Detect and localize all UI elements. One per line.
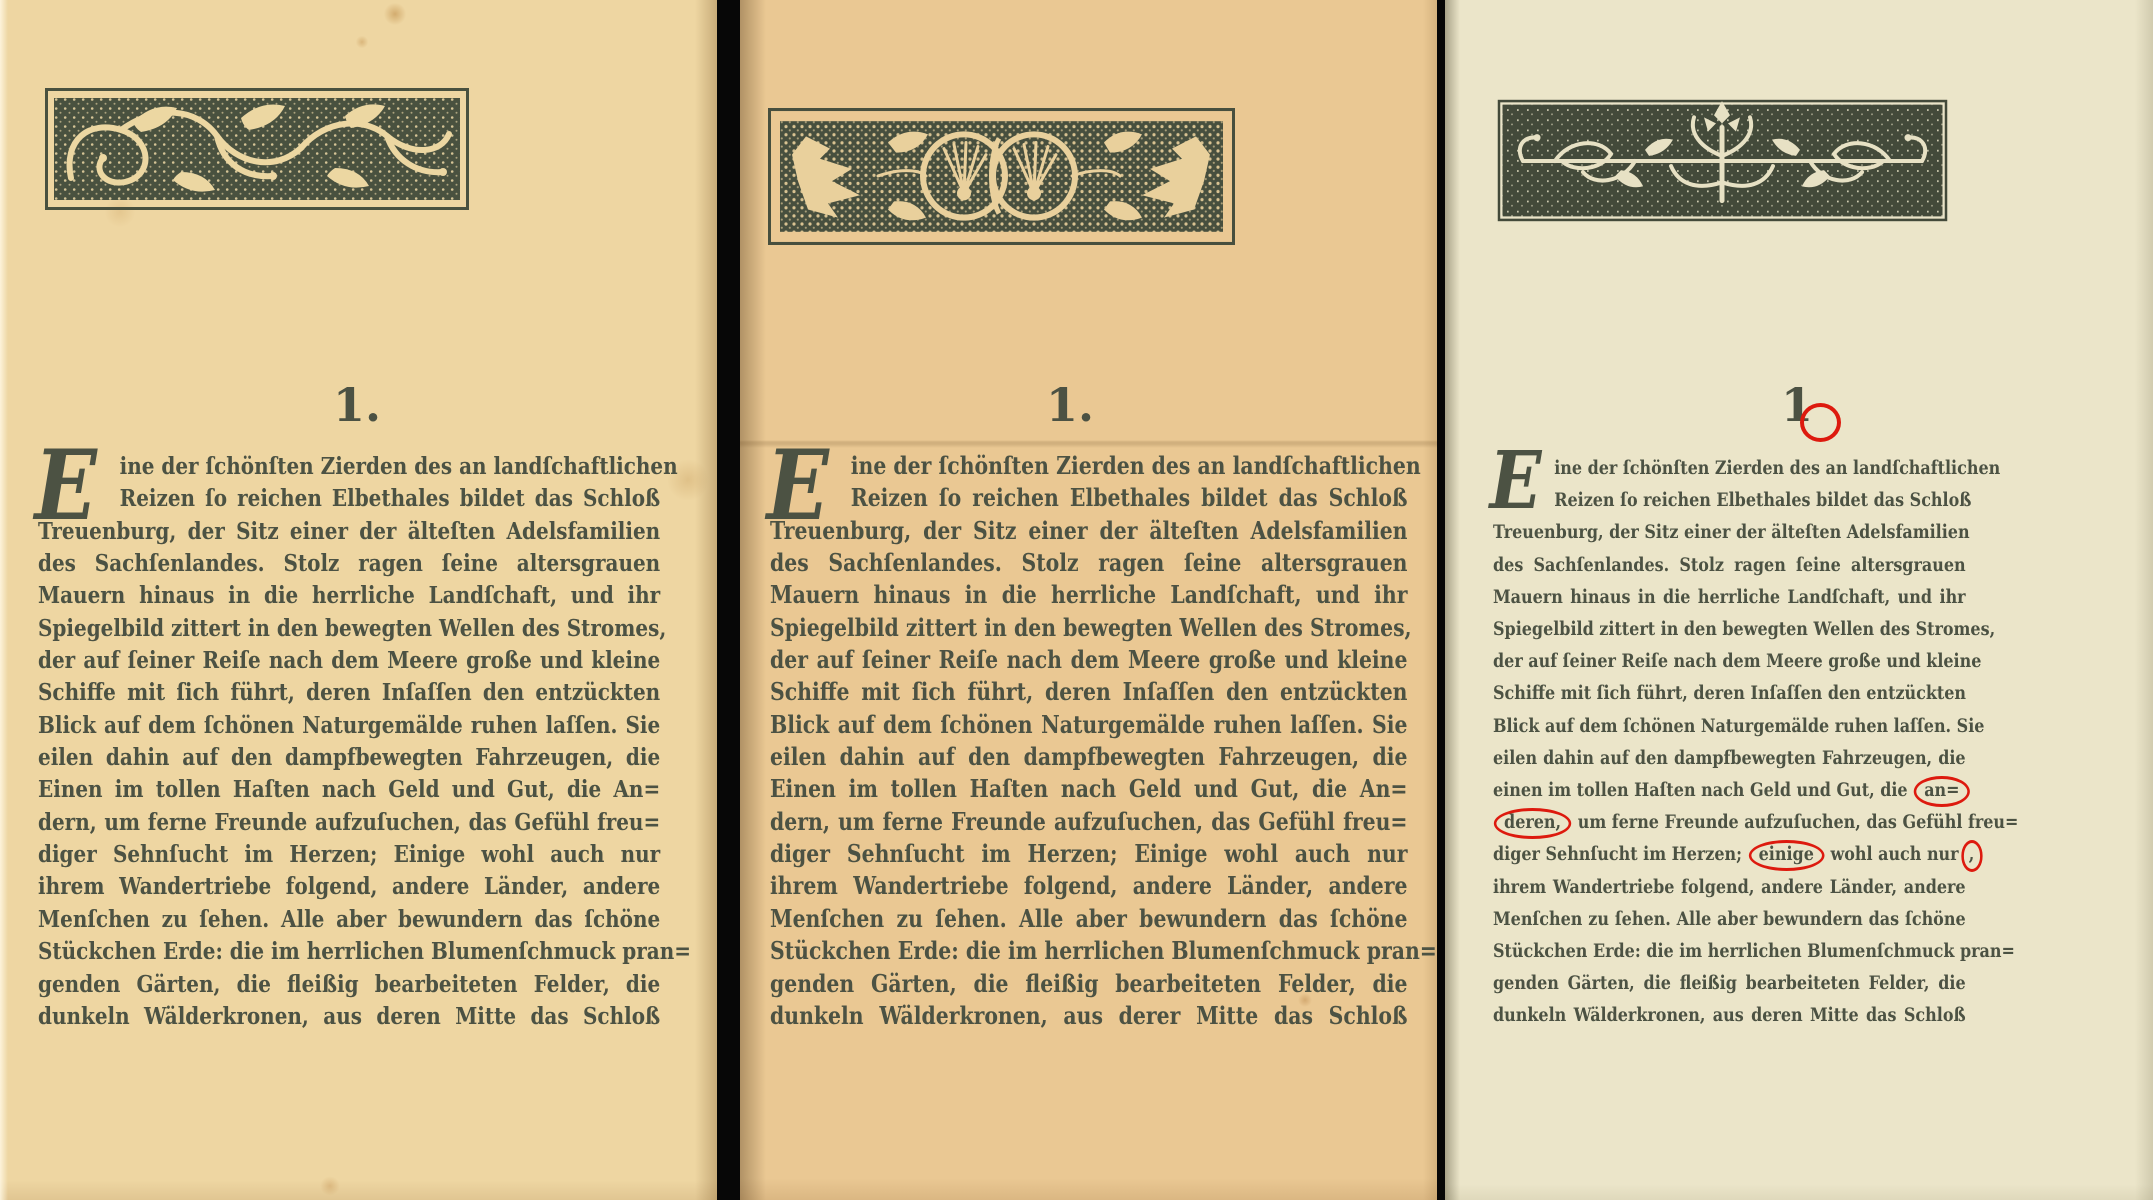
- scan-divider-bar: [1437, 0, 1445, 1200]
- text-line: Reizen ſo reichen Elbethales bildet das …: [1493, 484, 1966, 516]
- text-segment: Spiegelbild zittert in den bewegten Well…: [770, 613, 1412, 642]
- text-line: Blick auf dem ſchönen Naturgemälde ruhen…: [38, 709, 660, 741]
- text-line: ine der ſchönſten Zierden des an landſch…: [1493, 452, 1966, 484]
- page-text: E ine der ſchönſten Zierden des an landſ…: [38, 450, 660, 1032]
- text-segment: des Sachſenlandes. Stolz ragen ſeine alt…: [1493, 554, 1966, 576]
- page-text: E ine der ſchönſten Zierden des an landſ…: [770, 450, 1408, 1032]
- text-segment: dern, um ferne Freunde aufzuſuchen, das …: [38, 808, 660, 836]
- text-segment: Treuenburg, der Sitz einer der älteſten …: [770, 516, 1408, 545]
- text-segment: dunkeln Wälderkronen, aus deren Mitte da…: [38, 1002, 660, 1030]
- text-line: der auf ſeiner Reiſe nach dem Meere groß…: [1493, 645, 1966, 677]
- text-line: Mauern hinaus in die herrliche Landſchaf…: [38, 579, 660, 611]
- text-line: Treuenburg, der Sitz einer der älteſten …: [770, 515, 1408, 547]
- three-page-scan-comparison: 1. E ine der ſchönſten Zierden des an la…: [0, 0, 2153, 1200]
- text-segment: eilen dahin auf den dampfbewegten Fahrze…: [770, 742, 1408, 771]
- text-line: Stückchen Erde: die im herrlichen Blumen…: [38, 935, 660, 967]
- text-segment: ine der ſchönſten Zierden des an landſch…: [851, 451, 1421, 480]
- text-segment: diger Sehnſucht im Herzen; Einige wohl a…: [770, 839, 1408, 868]
- text-line: ine der ſchönſten Zierden des an landſch…: [38, 450, 660, 482]
- text-segment: genden Gärten, die fleißig bearbeiteten …: [1493, 972, 1966, 994]
- text-segment: Mauern hinaus in die herrliche Landſchaf…: [38, 581, 660, 609]
- red-circled-word-annotation: an=: [1914, 776, 1970, 807]
- text-segment: Spiegelbild zittert in den bewegten Well…: [38, 614, 666, 642]
- text-segment: Treuenburg, der Sitz einer der älteſten …: [38, 517, 660, 545]
- text-line: Reizen ſo reichen Elbethales bildet das …: [38, 482, 660, 514]
- text-line: genden Gärten, die fleißig bearbeiteten …: [38, 968, 660, 1000]
- text-line: Treuenburg, der Sitz einer der älteſten …: [38, 515, 660, 547]
- text-segment: Menſchen zu ſehen. Alle aber bewundern d…: [1493, 908, 1966, 930]
- text-line: des Sachſenlandes. Stolz ragen ſeine alt…: [770, 547, 1408, 579]
- text-segment: Schiffe mit ſich führt, deren Inſaſſen d…: [770, 677, 1408, 706]
- text-line: ihrem Wandertriebe folgend, andere Lände…: [770, 870, 1408, 902]
- text-line: dunkeln Wälderkronen, aus derer Mitte da…: [770, 1000, 1408, 1032]
- text-line: eilen dahin auf den dampfbewegten Fahrze…: [38, 741, 660, 773]
- text-line: Menſchen zu ſehen. Alle aber bewundern d…: [1493, 903, 1966, 935]
- text-line: Mauern hinaus in die herrliche Landſchaf…: [1493, 581, 1966, 613]
- text-line: Schiffe mit ſich führt, deren Inſaſſen d…: [770, 676, 1408, 708]
- text-segment: Blick auf dem ſchönen Naturgemälde ruhen…: [770, 710, 1408, 739]
- text-line: dern, um ferne Freunde aufzuſuchen, das …: [770, 806, 1408, 838]
- page-scan-right: 1 E ine der ſchönſten Zierden des an lan…: [1445, 0, 2153, 1200]
- chapter-number: 1.: [333, 382, 381, 428]
- text-segment: diger Sehnſucht im Herzen;: [1493, 843, 1748, 865]
- text-segment: ihrem Wandertriebe folgend, andere Lände…: [1493, 876, 1966, 898]
- text-line: ihrem Wandertriebe folgend, andere Lände…: [1493, 871, 1966, 903]
- chapter-number-text: 1.: [333, 378, 381, 432]
- page-scan-center: 1. E ine der ſchönſten Zierden des an la…: [740, 0, 1437, 1200]
- text-segment: Reizen ſo reichen Elbethales bildet das …: [120, 484, 661, 512]
- text-line: Einen im tollen Haſten nach Geld und Gut…: [38, 773, 660, 805]
- text-segment: Einen im tollen Haſten nach Geld und Gut…: [38, 775, 660, 803]
- text-lines: ine der ſchönſten Zierden des an landſch…: [1493, 452, 1966, 1032]
- text-segment: Reizen ſo reichen Elbethales bildet das …: [1554, 489, 1971, 511]
- page-scan-left: 1. E ine der ſchönſten Zierden des an la…: [0, 0, 717, 1200]
- text-line: Blick auf dem ſchönen Naturgemälde ruhen…: [1493, 710, 1966, 742]
- text-line: diger Sehnſucht im Herzen; einige wohl a…: [1493, 838, 1966, 870]
- scan-divider-bar: [717, 0, 740, 1200]
- text-segment: diger Sehnſucht im Herzen; Einige wohl a…: [38, 840, 660, 868]
- text-lines: ine der ſchönſten Zierden des an landſch…: [770, 450, 1408, 1032]
- text-segment: eilen dahin auf den dampfbewegten Fahrze…: [38, 743, 660, 771]
- text-line: dunkeln Wälderkronen, aus deren Mitte da…: [1493, 999, 1966, 1031]
- text-line: des Sachſenlandes. Stolz ragen ſeine alt…: [38, 547, 660, 579]
- text-line: Stückchen Erde: die im herrlichen Blumen…: [770, 935, 1408, 967]
- text-segment: einen im tollen Haſten nach Geld und Gut…: [1493, 779, 1913, 801]
- text-line: einen im tollen Haſten nach Geld und Gut…: [1493, 774, 1966, 806]
- chapter-number: 1.: [1046, 382, 1094, 428]
- text-line: ihrem Wandertriebe folgend, andere Lände…: [38, 870, 660, 902]
- text-segment: dunkeln Wälderkronen, aus derer Mitte da…: [770, 1001, 1408, 1030]
- red-circle-missing-period-annotation: [1800, 403, 1841, 442]
- text-line: der auf ſeiner Reiſe nach dem Meere groß…: [770, 644, 1408, 676]
- text-segment: des Sachſenlandes. Stolz ragen ſeine alt…: [38, 549, 660, 577]
- text-segment: genden Gärten, die fleißig bearbeiteten …: [770, 969, 1408, 998]
- text-segment: um ferne Freunde aufzuſuchen, das Gefühl…: [1572, 811, 2018, 833]
- text-segment: dern, um ferne Freunde aufzuſuchen, das …: [770, 807, 1408, 836]
- text-line: genden Gärten, die fleißig bearbeiteten …: [1493, 967, 1966, 999]
- text-line: Menſchen zu ſehen. Alle aber bewundern d…: [38, 903, 660, 935]
- text-line: Spiegelbild zittert in den bewegten Well…: [770, 612, 1408, 644]
- text-line: dern, um ferne Freunde aufzuſuchen, das …: [38, 806, 660, 838]
- text-line: eilen dahin auf den dampfbewegten Fahrze…: [770, 741, 1408, 773]
- text-segment: Mauern hinaus in die herrliche Landſchaf…: [770, 580, 1408, 609]
- text-segment: Blick auf dem ſchönen Naturgemälde ruhen…: [1493, 715, 1984, 737]
- text-line: deren, um ferne Freunde aufzuſuchen, das…: [1493, 806, 1966, 838]
- drop-cap-initial: E: [767, 438, 829, 534]
- text-segment: der auf ſeiner Reiſe nach dem Meere groß…: [770, 645, 1408, 674]
- text-line: Spiegelbild zittert in den bewegten Well…: [1493, 613, 1966, 645]
- headpiece-ornament-acanthus-scroll: [45, 88, 469, 210]
- text-segment: Treuenburg, der Sitz einer der älteſten …: [1493, 521, 1970, 543]
- text-segment: Menſchen zu ſehen. Alle aber bewundern d…: [770, 904, 1408, 933]
- text-segment: Stückchen Erde: die im herrlichen Blumen…: [38, 937, 691, 965]
- text-segment: der auf ſeiner Reiſe nach dem Meere groß…: [38, 646, 660, 674]
- chapter-number-text: 1.: [1046, 378, 1094, 432]
- red-circled-word-annotation: ,: [1961, 840, 1983, 872]
- text-line: Blick auf dem ſchönen Naturgemälde ruhen…: [770, 709, 1408, 741]
- text-segment: Schiffe mit ſich führt, deren Inſaſſen d…: [38, 678, 660, 706]
- text-line: Mauern hinaus in die herrliche Landſchaf…: [770, 579, 1408, 611]
- text-line: dunkeln Wälderkronen, aus deren Mitte da…: [38, 1000, 660, 1032]
- text-segment: Stückchen Erde: die im herrlichen Blumen…: [770, 936, 1437, 965]
- text-line: Reizen ſo reichen Elbethales bildet das …: [770, 482, 1408, 514]
- text-segment: Spiegelbild zittert in den bewegten Well…: [1493, 618, 1995, 640]
- red-circled-word-annotation: deren,: [1494, 808, 1571, 839]
- text-line: Menſchen zu ſehen. Alle aber bewundern d…: [770, 903, 1408, 935]
- text-segment: ihrem Wandertriebe folgend, andere Lände…: [38, 872, 660, 900]
- text-segment: der auf ſeiner Reiſe nach dem Meere groß…: [1493, 650, 1981, 672]
- text-segment: ine der ſchönſten Zierden des an landſch…: [120, 452, 678, 480]
- text-segment: Blick auf dem ſchönen Naturgemälde ruhen…: [38, 711, 660, 739]
- text-lines: ine der ſchönſten Zierden des an landſch…: [38, 450, 660, 1032]
- text-segment: Stückchen Erde: die im herrlichen Blumen…: [1493, 940, 2015, 962]
- text-line: eilen dahin auf den dampfbewegten Fahrze…: [1493, 742, 1966, 774]
- text-line: ine der ſchönſten Zierden des an landſch…: [770, 450, 1408, 482]
- text-line: Stückchen Erde: die im herrlichen Blumen…: [1493, 935, 1966, 967]
- drop-cap-initial: E: [1490, 440, 1542, 520]
- headpiece-ornament-symmetric-sprig: [1495, 97, 1950, 224]
- text-segment: des Sachſenlandes. Stolz ragen ſeine alt…: [770, 548, 1408, 577]
- text-segment: Reizen ſo reichen Elbethales bildet das …: [851, 483, 1408, 512]
- headpiece-ornament-thistle-wreath: [768, 108, 1235, 245]
- text-line: des Sachſenlandes. Stolz ragen ſeine alt…: [1493, 549, 1966, 581]
- text-segment: Schiffe mit ſich führt, deren Inſaſſen d…: [1493, 682, 1966, 704]
- text-segment: Menſchen zu ſehen. Alle aber bewundern d…: [38, 905, 660, 933]
- text-line: Schiffe mit ſich führt, deren Inſaſſen d…: [38, 676, 660, 708]
- text-segment: Einen im tollen Haſten nach Geld und Gut…: [770, 774, 1408, 803]
- text-segment: wohl auch nur: [1825, 843, 1959, 865]
- red-circled-word-annotation: einige: [1748, 840, 1824, 871]
- text-line: diger Sehnſucht im Herzen; Einige wohl a…: [38, 838, 660, 870]
- text-segment: dunkeln Wälderkronen, aus deren Mitte da…: [1493, 1004, 1966, 1026]
- text-line: Spiegelbild zittert in den bewegten Well…: [38, 612, 660, 644]
- text-line: Treuenburg, der Sitz einer der älteſten …: [1493, 516, 1966, 548]
- text-segment: eilen dahin auf den dampfbewegten Fahrze…: [1493, 747, 1966, 769]
- text-line: genden Gärten, die fleißig bearbeiteten …: [770, 968, 1408, 1000]
- text-line: Einen im tollen Haſten nach Geld und Gut…: [770, 773, 1408, 805]
- page-text: E ine der ſchönſten Zierden des an landſ…: [1493, 452, 1966, 1032]
- text-segment: ine der ſchönſten Zierden des an landſch…: [1554, 457, 2000, 479]
- text-line: der auf ſeiner Reiſe nach dem Meere groß…: [38, 644, 660, 676]
- drop-cap-initial: E: [35, 438, 97, 534]
- text-segment: ihrem Wandertriebe folgend, andere Lände…: [770, 871, 1408, 900]
- text-line: diger Sehnſucht im Herzen; Einige wohl a…: [770, 838, 1408, 870]
- text-segment: Mauern hinaus in die herrliche Landſchaf…: [1493, 586, 1966, 608]
- text-segment: genden Gärten, die fleißig bearbeiteten …: [38, 970, 660, 998]
- text-line: Schiffe mit ſich führt, deren Inſaſſen d…: [1493, 677, 1966, 709]
